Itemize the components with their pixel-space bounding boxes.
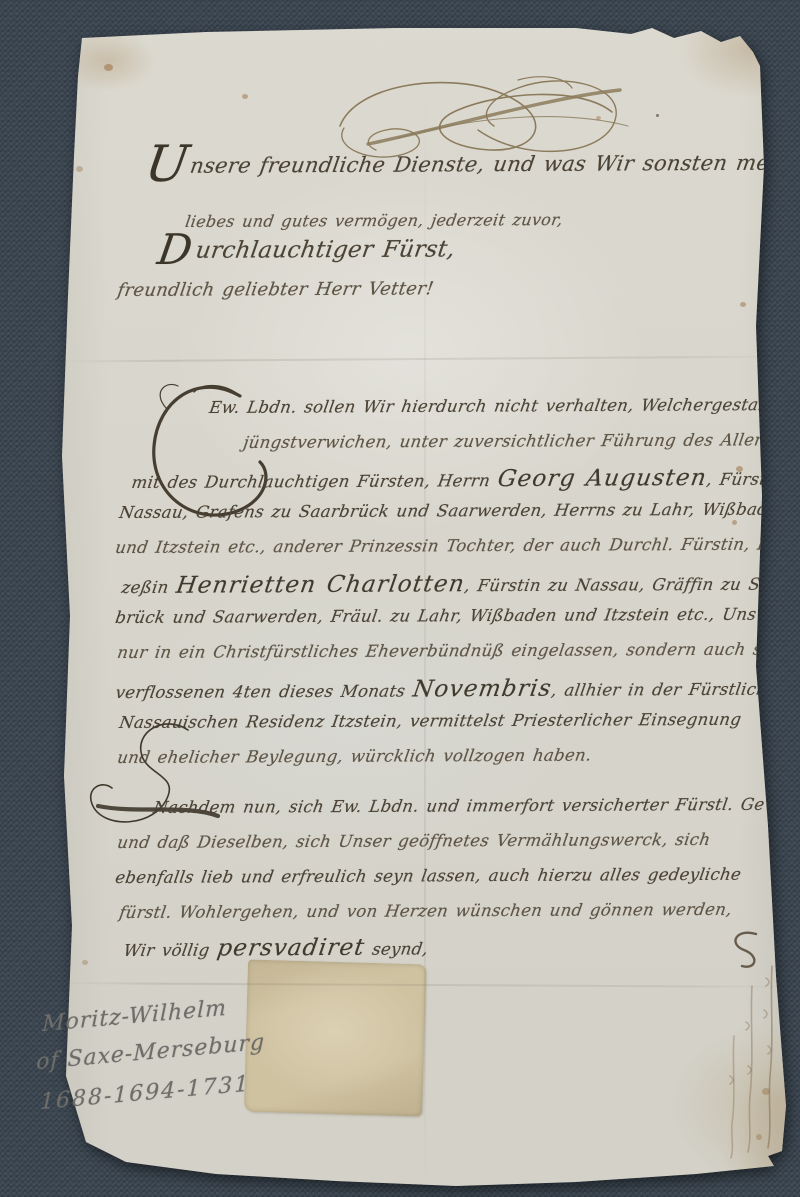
body-line: ebenfalls lieb und erfreulich seyn lasse… bbox=[114, 865, 743, 887]
drop-cap-u: U bbox=[142, 135, 193, 193]
salutation-line-1-text: nsere freundliche Dienste, und was Wir s… bbox=[188, 151, 795, 178]
foxing-spot bbox=[596, 116, 601, 120]
body-line-part: , allhier in der Fürstlichen bbox=[550, 679, 790, 699]
body-line-part: zeßin bbox=[120, 578, 177, 597]
body-line-part: seynd, bbox=[363, 939, 429, 958]
body-line: Wir völlig persvadiret seynd, bbox=[122, 934, 430, 962]
foxing-spot bbox=[242, 94, 248, 99]
body-line: und Itzstein etc., anderer Prinzessin To… bbox=[114, 534, 800, 557]
ink-speck bbox=[656, 114, 659, 117]
margin-swash bbox=[68, 718, 248, 848]
salutation-line-2: liebes und gutes vermögen, jederzeit zuv… bbox=[184, 210, 564, 231]
body-line: Ew. Lbdn. sollen Wir hierdurch nicht ver… bbox=[208, 395, 800, 417]
salutation-line-3-text: urchlauchtiger Fürst, bbox=[194, 236, 457, 263]
foxing-spot bbox=[732, 520, 737, 525]
body-line-part: verflossenen 4ten dieses Monats bbox=[114, 681, 414, 702]
name-henrietten-charlotten: Henrietten Charlotten bbox=[174, 571, 466, 599]
word-persvadiret: persvadiret bbox=[215, 935, 367, 962]
word-novembris: Novembris bbox=[411, 676, 554, 703]
salutation-line-3: Durchlauchtiger Fürst, bbox=[156, 236, 457, 264]
body-line: mit des Durchlauchtigen Fürsten, Herrn G… bbox=[130, 464, 800, 494]
foxing-spot bbox=[104, 64, 113, 71]
name-georg-augusten: Georg Augusten bbox=[496, 465, 709, 492]
vertical-crease bbox=[424, 26, 426, 1186]
body-line: und daß Dieselben, sich Unser geöffnetes… bbox=[116, 830, 712, 852]
salutation-line-1: Unsere freundliche Dienste, und was Wir … bbox=[144, 151, 795, 178]
foxing-spot bbox=[740, 302, 746, 307]
body-line: nur in ein Christfürstliches Eheverbündn… bbox=[116, 639, 800, 662]
body-line-part: Wir völlig bbox=[122, 941, 218, 960]
body-line: Nassau, Grafens zu Saarbrück und Saarwer… bbox=[118, 499, 791, 522]
foxing-spot bbox=[736, 466, 743, 472]
body-line-part: , Fürstens zu bbox=[705, 469, 800, 489]
body-line: jüngstverwichen, unter zuversichtlicher … bbox=[242, 430, 800, 452]
foxing-spot bbox=[76, 166, 83, 172]
photograph-background: { "scene": { "background_color": "#3e495… bbox=[0, 0, 800, 1197]
drop-cap-d: D bbox=[154, 225, 196, 274]
body-line: zeßin Henrietten Charlotten, Fürstin zu … bbox=[120, 569, 797, 599]
show-through-script bbox=[686, 926, 796, 1166]
body-line-part: mit des Durchlauchtigen Fürsten, Herrn bbox=[130, 471, 499, 492]
foxing-spot bbox=[82, 960, 88, 965]
body-line: Nachdem nun, sich Ew. Lbdn. und immerfor… bbox=[152, 794, 800, 817]
salutation-line-4: freundlich geliebter Herr Vetter! bbox=[116, 278, 435, 301]
body-line-part: , Fürstin zu Nassau, Gräffin zu Saar- bbox=[463, 574, 796, 595]
body-line: brück und Saarwerden, Fräul. zu Lahr, Wi… bbox=[114, 604, 800, 627]
body-line: verflossenen 4ten dieses Monats Novembri… bbox=[114, 674, 791, 704]
